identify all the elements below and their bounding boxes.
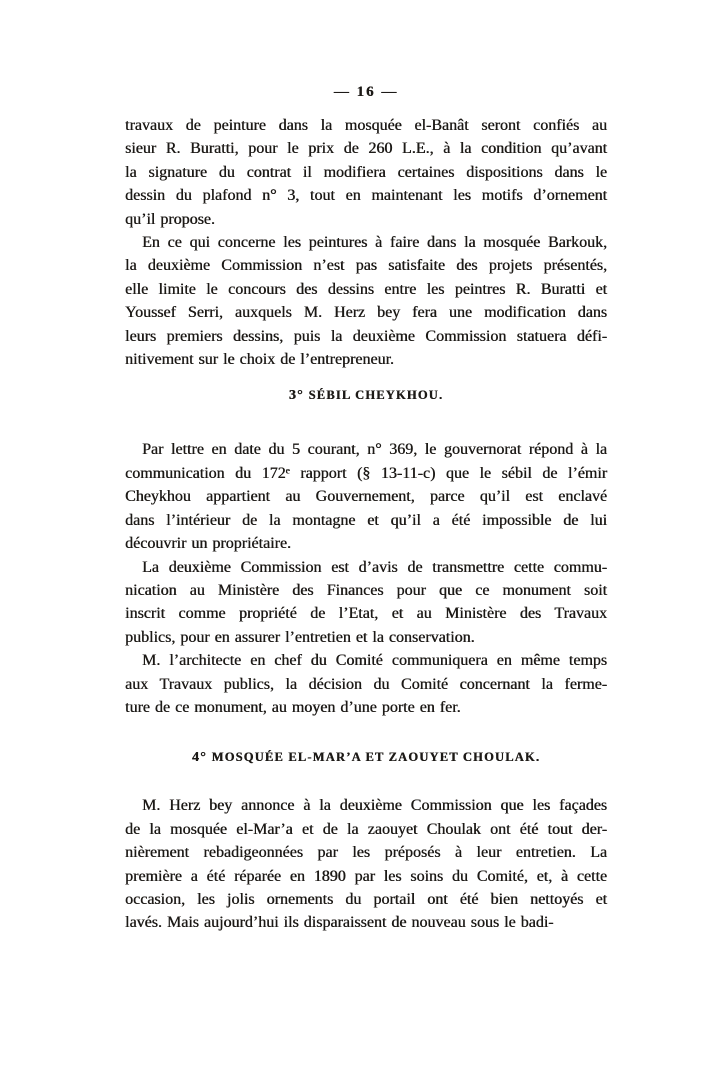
text-line: ture de ce monument, au moyen d’une port… [125,696,607,719]
section-title: MOSQUÉE EL-MAR’A ET ZAOUYET CHOULAK. [212,750,541,764]
text-line: M. l’architecte en chef du Comité commun… [125,649,607,672]
text-line: la deuxième Commission n’est pas satisfa… [125,254,607,277]
text-line: Cheykhou appartient au Gouvernement, par… [125,485,607,508]
paragraph: M. l’architecte en chef du Comité commun… [125,649,607,719]
section-heading: 3° SÉBIL CHEYKHOU. [125,387,607,404]
text-line: aux Travaux publics, la décision du Comi… [125,673,607,696]
paragraph: En ce qui concerne les peintures à faire… [125,231,607,371]
section-title: SÉBIL CHEYKHOU. [309,388,444,402]
text-line: nitivement sur le choix de l’entrepreneu… [125,348,607,371]
paragraph: La deuxième Commission est d’avis de tra… [125,556,607,650]
text-line: nièrement rebadigeonnées par les préposé… [125,841,607,864]
text-line: Youssef Serri, auxquels M. Herz bey fera… [125,301,607,324]
text-line: nication au Ministère des Finances pour … [125,579,607,602]
paragraph: M. Herz bey annonce à la deuxième Commis… [125,794,607,934]
page-body: travaux de peinture dans la mosquée el-B… [125,114,607,935]
text-line: communication du 172ᵉ rapport (§ 13-11-c… [125,462,607,485]
text-line: la signature du contrat il modifiera cer… [125,161,607,184]
text-line: En ce qui concerne les peintures à faire… [125,231,607,254]
text-line: M. Herz bey annonce à la deuxième Commis… [125,794,607,817]
text-line: sieur R. Buratti, pour le prix de 260 L.… [125,137,607,160]
text-line: travaux de peinture dans la mosquée el-B… [125,114,607,137]
text-line: lavés. Mais aujourd’hui ils disparaissen… [125,911,607,934]
text-line: Par lettre en date du 5 courant, n° 369,… [125,438,607,461]
paragraph: Par lettre en date du 5 courant, n° 369,… [125,438,607,555]
text-line: dessin du plafond n° 3, tout en maintena… [125,184,607,207]
scanned-page: — 16 — travaux de peinture dans la mosqu… [0,0,720,1082]
text-line: de la mosquée el-Mar’a et de la zaouyet … [125,818,607,841]
text-line: qu’il propose. [125,208,607,231]
paragraph: travaux de peinture dans la mosquée el-B… [125,114,607,231]
text-line: dans l’intérieur de la montagne et qu’il… [125,509,607,532]
text-line: leurs premiers dessins, puis la deuxième… [125,325,607,348]
text-line: découvrir un propriétaire. [125,532,607,555]
page-number: — 16 — [125,84,607,101]
section-number: 3° [289,388,309,403]
text-line: La deuxième Commission est d’avis de tra… [125,556,607,579]
section-number: 4° [192,750,212,765]
text-line: elle limite le concours des dessins entr… [125,278,607,301]
text-line: inscrit comme propriété de l’Etat, et au… [125,602,607,625]
text-line: publics, pour en assurer l’entretien et … [125,626,607,649]
section-heading: 4° MOSQUÉE EL-MAR’A ET ZAOUYET CHOULAK. [125,749,607,766]
text-line: occasion, les jolis ornements du portail… [125,888,607,911]
text-line: première a été réparée en 1890 par les s… [125,865,607,888]
